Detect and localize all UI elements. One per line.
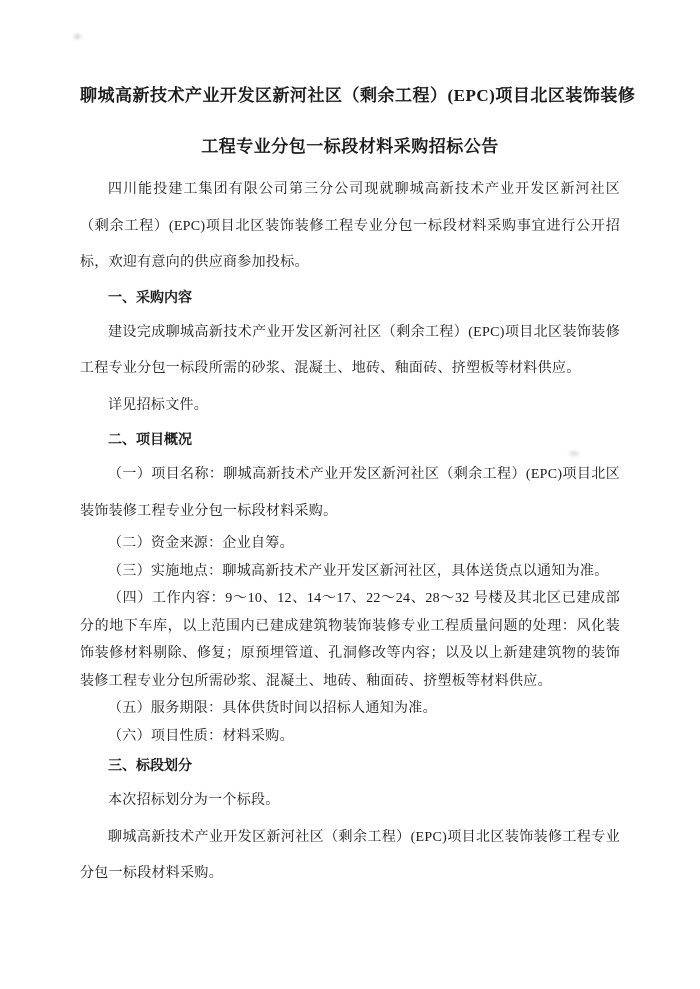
doc-title-line: 工程专业分包一标段材料采购招标公告 — [80, 121, 620, 172]
body-paragraph: （三）实施地点：聊城高新技术产业开发区新河社区，具体送货点以通知为准。 — [80, 558, 620, 586]
document-body: 聊城高新技术产业开发区新河社区（剩余工程）(EPC)项目北区装饰装修工程专业分包… — [80, 70, 620, 893]
body-paragraph: 聊城高新技术产业开发区新河社区（剩余工程）(EPC)项目北区装饰装修工程专业分包… — [80, 820, 620, 893]
body-paragraph: （五）服务期限：具体供货时间以招标人通知为准。 — [80, 695, 620, 723]
scan-smudge-top-left — [74, 34, 81, 39]
doc-title-line: 聊城高新技术产业开发区新河社区（剩余工程）(EPC)项目北区装饰装修 — [80, 70, 620, 121]
section-heading: 二、项目概况 — [80, 424, 620, 457]
body-paragraph: 四川能投建工集团有限公司第三分公司现就聊城高新技术产业开发区新河社区（剩余工程）… — [80, 172, 620, 282]
body-paragraph: （二）资金来源：企业自筹。 — [80, 530, 620, 558]
body-paragraph: （六）项目性质：材料采购。 — [80, 723, 620, 751]
section-heading: 三、标段划分 — [80, 750, 620, 783]
section-heading: 一、采购内容 — [80, 282, 620, 315]
body-paragraph: 建设完成聊城高新技术产业开发区新河社区（剩余工程）(EPC)项目北区装饰装修工程… — [80, 315, 620, 388]
body-paragraph: 本次招标划分为一个标段。 — [80, 783, 620, 820]
body-paragraph: 详见招标文件。 — [80, 388, 620, 425]
document-page: 聊城高新技术产业开发区新河社区（剩余工程）(EPC)项目北区装饰装修工程专业分包… — [0, 0, 700, 989]
body-paragraph: （一）项目名称：聊城高新技术产业开发区新河社区（剩余工程）(EPC)项目北区装饰… — [80, 457, 620, 530]
body-paragraph: （四）工作内容：9～10、12、14～17、22～24、28～32 号楼及其北区… — [80, 585, 620, 695]
